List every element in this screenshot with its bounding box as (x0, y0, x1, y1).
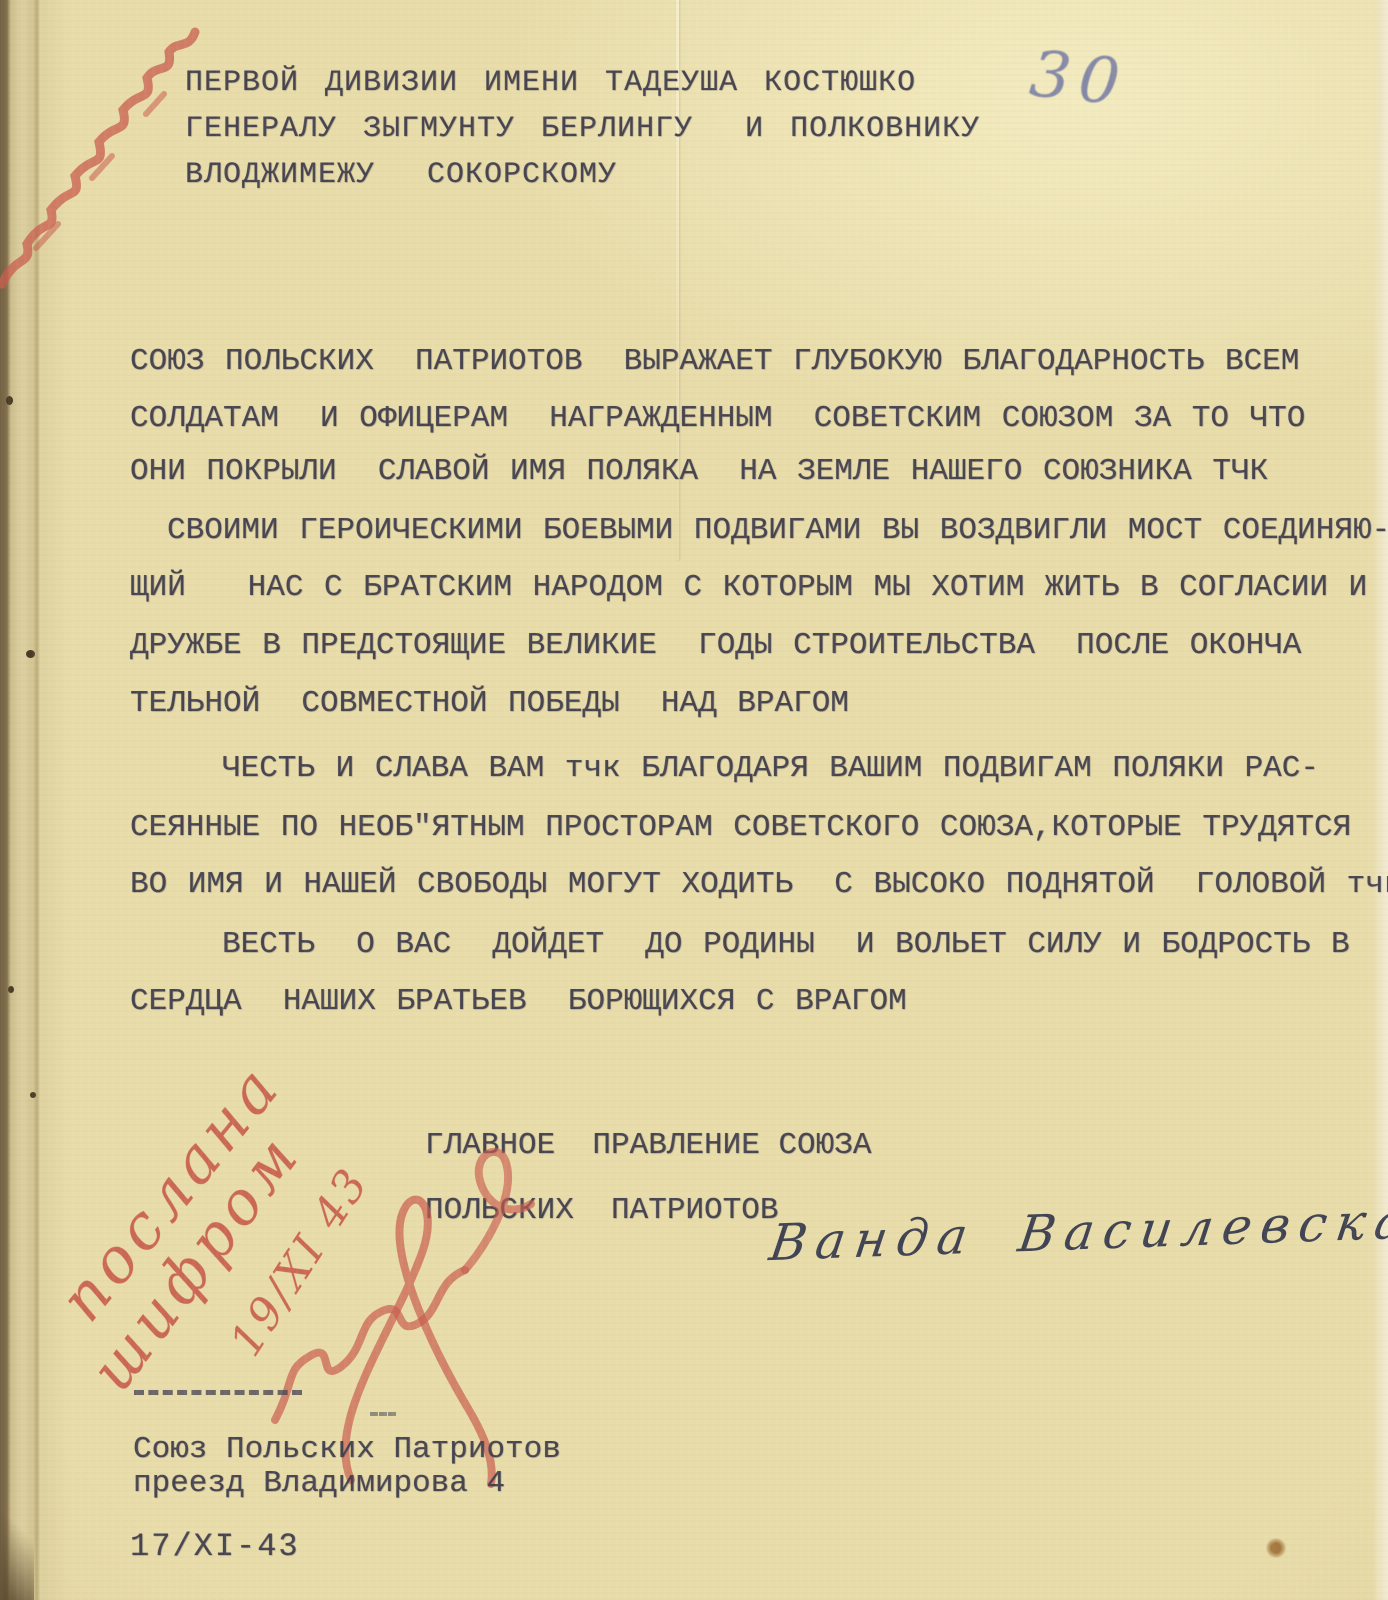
sender-address-line: Союз Польских Патриотов (133, 1432, 561, 1467)
body-line: ТЕЛЬНОЙ СОВМЕСТНОЙ ПОБЕДЫ НАД ВРАГОМ (130, 686, 849, 721)
body-line: СОЮЗ ПОЛЬСКИХ ПАТРИОТОВ ВЫРАЖАЕТ ГЛУБОКУ… (130, 344, 1299, 379)
stain-dot (1266, 1538, 1286, 1558)
header-line: ВЛОДЖИМЕЖУ СОКОРСКОМУ (185, 158, 617, 192)
red-pencil-scribble-top-left (0, 18, 226, 288)
header-line: ГЕНЕРАЛУ ЗЫГМУНТУ БЕРЛИНГУ И ПОЛКОВНИКУ (185, 112, 980, 146)
body-line: СОЛДАТАМ И ОФИЦЕРАМ НАГРАЖДЕННЫМ СОВЕТСК… (130, 401, 1305, 436)
body-line: СЕЯННЫЕ ПО НЕОБ"ЯТНЫМ ПРОСТОРАМ СОВЕТСКО… (130, 810, 1351, 845)
paper-speck (6, 396, 13, 405)
body-line: ДРУЖБЕ В ПРЕДСТОЯЩИЕ ВЕЛИКИЕ ГОДЫ СТРОИТ… (130, 628, 1301, 663)
body-line: ЩИЙ НАС С БРАТСКИМ НАРОДОМ С КОТОРЫМ МЫ … (130, 570, 1367, 605)
page-number-pencil: 30 (1026, 37, 1131, 121)
letter-date: 17/XI-43 (130, 1528, 300, 1565)
document-page: 30 ПЕРВОЙ ДИВИЗИИ ИМЕНИ ТАДЕУША КОСТЮШКО… (0, 0, 1388, 1600)
body-line: ВЕСТЬ О ВАС ДОЙДЕТ ДО РОДИНЫ И ВОЛЬЕТ СИ… (222, 927, 1350, 962)
body-line: ВО ИМЯ И НАШЕЙ СВОБОДЫ МОГУТ ХОДИТЬ С ВЫ… (130, 867, 1388, 902)
dashed-separator-fragment (370, 1412, 396, 1416)
paper-speck (8, 986, 14, 993)
paper-speck (30, 1092, 36, 1098)
header-line: ПЕРВОЙ ДИВИЗИИ ИМЕНИ ТАДЕУША КОСТЮШКО (185, 66, 916, 100)
body-line: СЕРДЦА НАШИХ БРАТЬЕВ БОРЮЩИХСЯ С ВРАГОМ (130, 984, 907, 1019)
bottom-left-corner-shadow (0, 1510, 34, 1600)
body-line: ЧЕСТЬ И СЛАВА ВАМ тчк БЛАГОДАРЯ ВАШИМ ПО… (222, 751, 1319, 786)
dashed-separator (134, 1390, 302, 1395)
body-line: ОНИ ПОКРЫЛИ СЛАВОЙ ИМЯ ПОЛЯКА НА ЗЕМЛЕ Н… (130, 454, 1268, 489)
sender-address-line: преезд Владимирова 4 (133, 1466, 505, 1501)
body-line: СВОИМИ ГЕРОИЧЕСКИМИ БОЕВЫМИ ПОДВИГАМИ ВЫ… (167, 513, 1388, 548)
paper-right-edge (1372, 0, 1388, 1600)
ink-signature: Ванда Василевская (766, 1190, 1388, 1272)
paper-speck (26, 650, 35, 658)
